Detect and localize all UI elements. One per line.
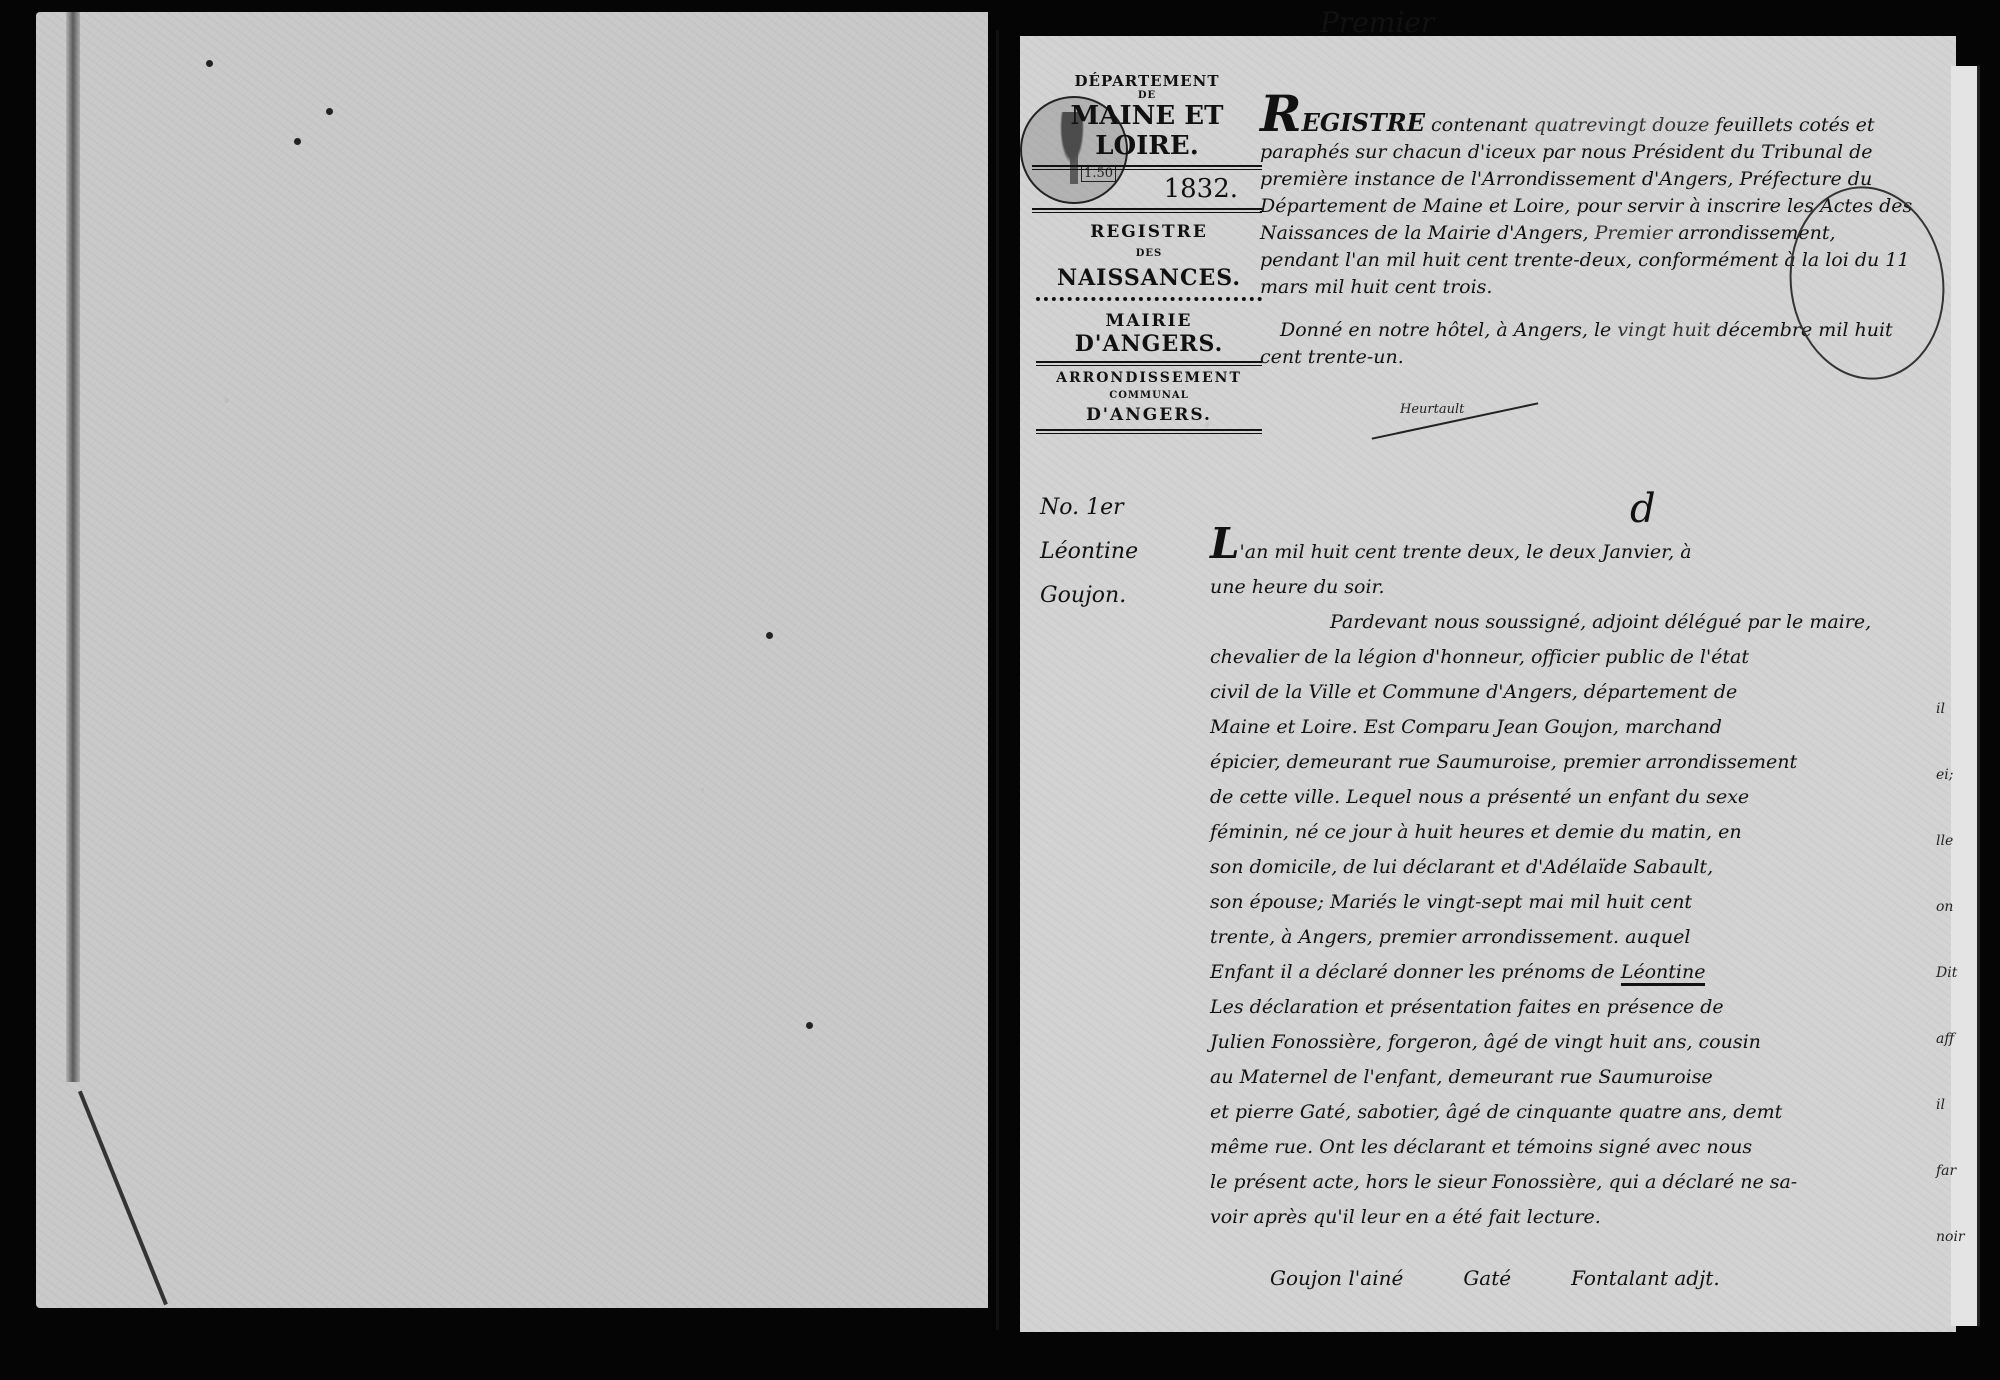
act-line: et pierre Gaté, sabotier, âgé de cinquan… — [1210, 1095, 1930, 1130]
department-block: DÉPARTEMENT DE MAINE ET LOIRE. 1832. — [1032, 72, 1262, 217]
paper-speck — [206, 60, 213, 67]
given-text-1: Donné en notre hôtel, à Angers, le — [1280, 319, 1617, 341]
right-page-register: Premier 1.50 DÉPARTEMENT DE MAINE ET LOI… — [1020, 36, 1956, 1332]
department-name: MAINE ET LOIRE. — [1032, 101, 1262, 161]
fragment: ei; — [1936, 742, 1976, 808]
act-line: le présent acte, hors le sieur Fonossièr… — [1210, 1165, 1930, 1200]
communal-label: COMMUNAL — [1036, 390, 1262, 401]
registre-caps: EGISTRE — [1302, 108, 1425, 137]
act-line: une heure du soir. — [1210, 570, 1930, 605]
act-line: même rue. Ont les déclarant et témoins s… — [1210, 1130, 1930, 1165]
registre-label: REGISTRE — [1036, 222, 1262, 242]
rule — [1036, 429, 1262, 434]
mairie-label: MAIRIE — [1036, 311, 1262, 331]
paper-speck — [806, 1022, 813, 1029]
act-line: Maine et Loire. Est Comparu Jean Goujon,… — [1210, 710, 1930, 745]
act-line: Enfant il a déclaré donner les prénoms d… — [1210, 955, 1930, 990]
act-line: trente, à Angers, premier arrondissement… — [1210, 920, 1930, 955]
fragment: lle — [1936, 808, 1976, 874]
act-line-10: Enfant il a déclaré donner les prénoms d… — [1210, 961, 1615, 983]
fragment: noir — [1936, 1204, 1976, 1270]
act-line: Julien Fonossière, forgeron, âgé de ving… — [1210, 1025, 1930, 1060]
des-label: DES — [1036, 248, 1262, 259]
fragment: on — [1936, 874, 1976, 940]
department-label: DÉPARTEMENT — [1032, 72, 1262, 90]
fragment: far — [1936, 1138, 1976, 1204]
act-line: chevalier de la légion d'honneur, offici… — [1210, 640, 1930, 675]
act-line: de cette ville. Lequel nous a présenté u… — [1210, 780, 1930, 815]
dropcap: R — [1260, 84, 1302, 143]
president-signature: Heurtault — [1400, 402, 1464, 417]
signature-witness: Gaté — [1463, 1266, 1511, 1290]
act-initial: L — [1210, 519, 1240, 568]
act-line: son domicile, de lui déclarant et d'Adél… — [1210, 850, 1930, 885]
register-type-column: REGISTRE DES NAISSANCES. MAIRIE D'ANGERS… — [1036, 222, 1262, 438]
signature-adjoint: Fontalant adjt. — [1571, 1266, 1720, 1290]
act-line: féminin, né ce jour à huit heures et dem… — [1210, 815, 1930, 850]
wavy-rule — [1036, 297, 1262, 305]
left-page-blank — [36, 12, 988, 1308]
signatures: Goujon l'ainé Gaté Fontalant adjt. — [1270, 1266, 1890, 1290]
act-line: au Maternel de l'enfant, demeurant rue S… — [1210, 1060, 1930, 1095]
fold-shadow — [66, 12, 80, 1082]
double-rule — [1032, 208, 1262, 213]
act-line: son épouse; Mariés le vingt-sept mai mil… — [1210, 885, 1930, 920]
fragment: aff — [1936, 1006, 1976, 1072]
paper-speck — [294, 138, 301, 145]
handwritten-date: vingt huit — [1617, 319, 1710, 341]
paper-speck — [766, 632, 773, 639]
fragment: Dit — [1936, 940, 1976, 1006]
double-rule — [1032, 165, 1262, 170]
corner-crease — [78, 1091, 168, 1306]
fragment: il — [1936, 1072, 1976, 1138]
act-line: Les déclaration et présentation faites e… — [1210, 990, 1930, 1025]
header-text-1: contenant — [1425, 114, 1534, 136]
naissances-label: NAISSANCES. — [1036, 265, 1262, 291]
paper-speck — [326, 108, 333, 115]
d-angers-label: D'ANGERS. — [1036, 405, 1262, 425]
act-line: civil de la Ville et Commune d'Angers, d… — [1210, 675, 1930, 710]
next-page-fragments: il ei; lle on Dit aff il far noir — [1936, 676, 1976, 1270]
act-line: Pardevant nous soussigné, adjoint délégu… — [1210, 605, 1930, 640]
birth-act-text: L'an mil huit cent trente deux, le deux … — [1210, 526, 1930, 1235]
child-name: Léontine — [1621, 961, 1706, 986]
act-line: voir après qu'il leur en a été fait lect… — [1210, 1200, 1930, 1235]
arrondissement-label: ARRONDISSEMENT — [1036, 370, 1262, 386]
top-handwritten-note: Premier — [1320, 6, 1434, 39]
act-line: L'an mil huit cent trente deux, le deux … — [1210, 526, 1930, 570]
signature-father: Goujon l'ainé — [1270, 1266, 1403, 1290]
act-line: épicier, demeurant rue Saumuroise, premi… — [1210, 745, 1930, 780]
register-year: 1832. — [1032, 174, 1262, 204]
rule — [1036, 361, 1262, 366]
department-de: DE — [1032, 90, 1262, 101]
handwritten-sheet-count: quatrevingt douze — [1534, 114, 1710, 136]
act-line-0: 'an mil huit cent trente deux, le deux J… — [1240, 541, 1692, 563]
book-spine — [996, 30, 999, 1330]
angers-label: D'ANGERS. — [1036, 331, 1262, 357]
fragment: il — [1936, 676, 1976, 742]
handwritten-arrondissement: Premier — [1595, 222, 1673, 244]
